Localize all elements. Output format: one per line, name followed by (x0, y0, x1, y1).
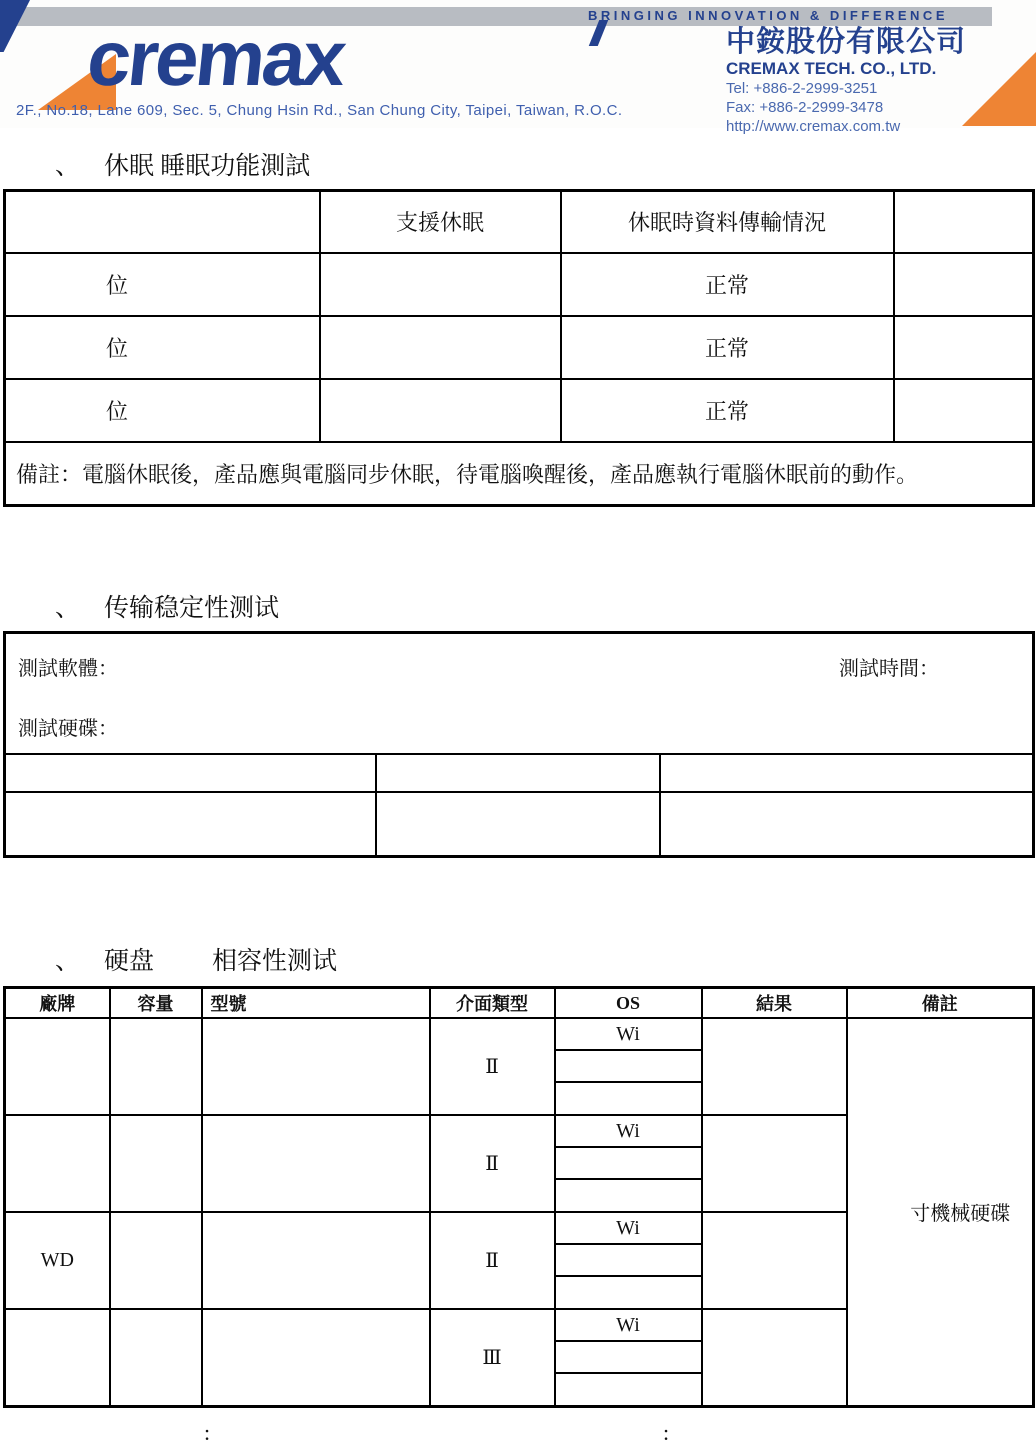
test-time-label: 測試時間： (839, 652, 939, 681)
section2-bullet: 、 (55, 595, 80, 622)
company-info-block: 中銨股份有限公司 CREMAX TECH. CO., LTD. Tel: +88… (726, 26, 966, 136)
os-cell (555, 1244, 702, 1276)
footer-colon-left: : (204, 1420, 210, 1441)
scanned-test-report-page: { "header": { "banner": "BRINGING INNOVA… (0, 0, 1036, 1441)
os-cell: Wi (555, 1115, 702, 1147)
header-support-sleep: 支援休眠 (320, 191, 561, 253)
section2-title-text: 传输稳定性测试 (104, 595, 279, 622)
section3-bullet: 、 (55, 948, 80, 975)
table-row: 位 正常 (5, 379, 1034, 442)
footer-colon-right: : (663, 1420, 669, 1441)
letterhead: BRINGING INNOVATION & DIFFERENCE cremax … (0, 0, 1036, 128)
company-address: 2F., No.18, Lane 609, Sec. 5, Chung Hsin… (16, 102, 622, 119)
os-cell: Wi (555, 1309, 702, 1341)
table-row: 位 正常 (5, 253, 1034, 316)
header-transfer-during-sleep: 休眠時資料傳輸情況 (561, 191, 894, 253)
note-cell: 備註：電腦休眠後，產品應與電腦同步休眠，待電腦喚醒後，產品應執行電腦休眠前的動作… (5, 442, 1034, 506)
slogan-text: BRINGING INNOVATION & DIFFERENCE (588, 8, 948, 23)
result-cell (702, 1018, 847, 1115)
empty-cell (5, 792, 376, 857)
status-cell: 正常 (561, 253, 894, 316)
capacity-cell (110, 1212, 202, 1309)
empty-cell (660, 754, 1034, 792)
empty-cell (894, 253, 1034, 316)
test-software-label: 測試軟體： (18, 652, 118, 681)
header-orange-triangle-icon (962, 52, 1036, 126)
capacity-cell (110, 1018, 202, 1115)
support-cell (320, 316, 561, 379)
bit-cell: 位 (5, 316, 320, 379)
table-row: 位 正常 (5, 316, 1034, 379)
table-header-row: 廠牌 容量 型號 介面類型 OS 結果 備註 (5, 988, 1034, 1019)
model-cell (202, 1018, 430, 1115)
interface-cell: Ⅱ (430, 1212, 555, 1309)
bit-cell: 位 (5, 253, 320, 316)
cremax-logo: cremax (83, 14, 347, 102)
stability-test-table: 測試軟體： 測試時間： 測試硬碟： (3, 631, 1035, 858)
os-cell: Wi (555, 1018, 702, 1050)
hdd-compatibility-table: 廠牌 容量 型號 介面類型 OS 結果 備註 Ⅱ Wi 寸機械硬碟 Ⅱ Wi W… (3, 986, 1035, 1408)
remark-cell: 寸機械硬碟 (847, 1018, 1034, 1406)
header-interface-type: 介面類型 (430, 988, 555, 1019)
brand-cell: WD (5, 1212, 110, 1309)
sleep-test-table: 支援休眠 休眠時資料傳輸情況 位 正常 位 正常 位 正常 備註：電腦休眠後，產… (3, 189, 1035, 507)
brand-cell (5, 1018, 110, 1115)
test-info-cell: 測試軟體： 測試時間： 測試硬碟： (5, 633, 1034, 754)
table-note-row: 備註：電腦休眠後，產品應與電腦同步休眠，待電腦喚醒後，產品應執行電腦休眠前的動作… (5, 442, 1034, 506)
empty-cell (376, 754, 660, 792)
section1-title-text: 休眠 睡眠功能測試 (104, 153, 310, 180)
os-cell (555, 1050, 702, 1082)
company-name-chinese: 中銨股份有限公司 (726, 26, 966, 58)
result-cell (702, 1309, 847, 1406)
section3-title-part1: 硬盘 (104, 948, 154, 975)
os-cell: Wi (555, 1212, 702, 1244)
interface-cell: Ⅱ (430, 1018, 555, 1115)
section3-title: 、硬盘相容性测试 (55, 941, 337, 977)
os-cell (555, 1179, 702, 1212)
header-brand: 廠牌 (5, 988, 110, 1019)
interface-cell: Ⅲ (430, 1309, 555, 1406)
test-disk-label: 測試硬碟： (18, 712, 118, 741)
header-remark: 備註 (847, 988, 1034, 1019)
header-model: 型號 (202, 988, 430, 1019)
header-result: 結果 (702, 988, 847, 1019)
interface-cell: Ⅱ (430, 1115, 555, 1212)
empty-cell (5, 754, 376, 792)
status-cell: 正常 (561, 316, 894, 379)
empty-cell (376, 792, 660, 857)
section1-bullet: 、 (55, 153, 80, 180)
brand-cell (5, 1309, 110, 1406)
support-cell (320, 253, 561, 316)
section3-title-part2: 相容性测试 (212, 948, 337, 975)
header-capacity: 容量 (110, 988, 202, 1019)
table-row: 支援休眠 休眠時資料傳輸情況 (5, 191, 1034, 253)
capacity-cell (110, 1309, 202, 1406)
company-name-english: CREMAX TECH. CO., LTD. (726, 58, 966, 79)
bit-cell: 位 (5, 379, 320, 442)
company-tel: Tel: +886-2-2999-3251 (726, 79, 966, 98)
table-row: Ⅱ Wi 寸機械硬碟 (5, 1018, 1034, 1050)
header-os: OS (555, 988, 702, 1019)
corner-triangle-icon (0, 0, 30, 52)
capacity-cell (110, 1115, 202, 1212)
model-cell (202, 1212, 430, 1309)
result-cell (702, 1115, 847, 1212)
empty-cell (894, 379, 1034, 442)
os-cell (555, 1276, 702, 1309)
os-cell (555, 1147, 702, 1179)
brand-cell (5, 1115, 110, 1212)
company-fax: Fax: +886-2-2999-3478 (726, 98, 966, 117)
result-cell (702, 1212, 847, 1309)
os-cell (555, 1373, 702, 1406)
header-empty-cell (5, 191, 320, 253)
header-empty-cell (894, 191, 1034, 253)
company-website: http://www.cremax.com.tw (726, 117, 966, 136)
section1-title: 、休眠 睡眠功能測試 (55, 146, 310, 182)
os-cell (555, 1341, 702, 1373)
table-row: 測試軟體： 測試時間： 測試硬碟： (5, 633, 1034, 754)
support-cell (320, 379, 561, 442)
model-cell (202, 1309, 430, 1406)
status-cell: 正常 (561, 379, 894, 442)
table-row (5, 792, 1034, 857)
empty-cell (894, 316, 1034, 379)
os-cell (555, 1082, 702, 1115)
table-row (5, 754, 1034, 792)
section2-title: 、传输稳定性测试 (55, 588, 279, 624)
empty-cell (660, 792, 1034, 857)
model-cell (202, 1115, 430, 1212)
